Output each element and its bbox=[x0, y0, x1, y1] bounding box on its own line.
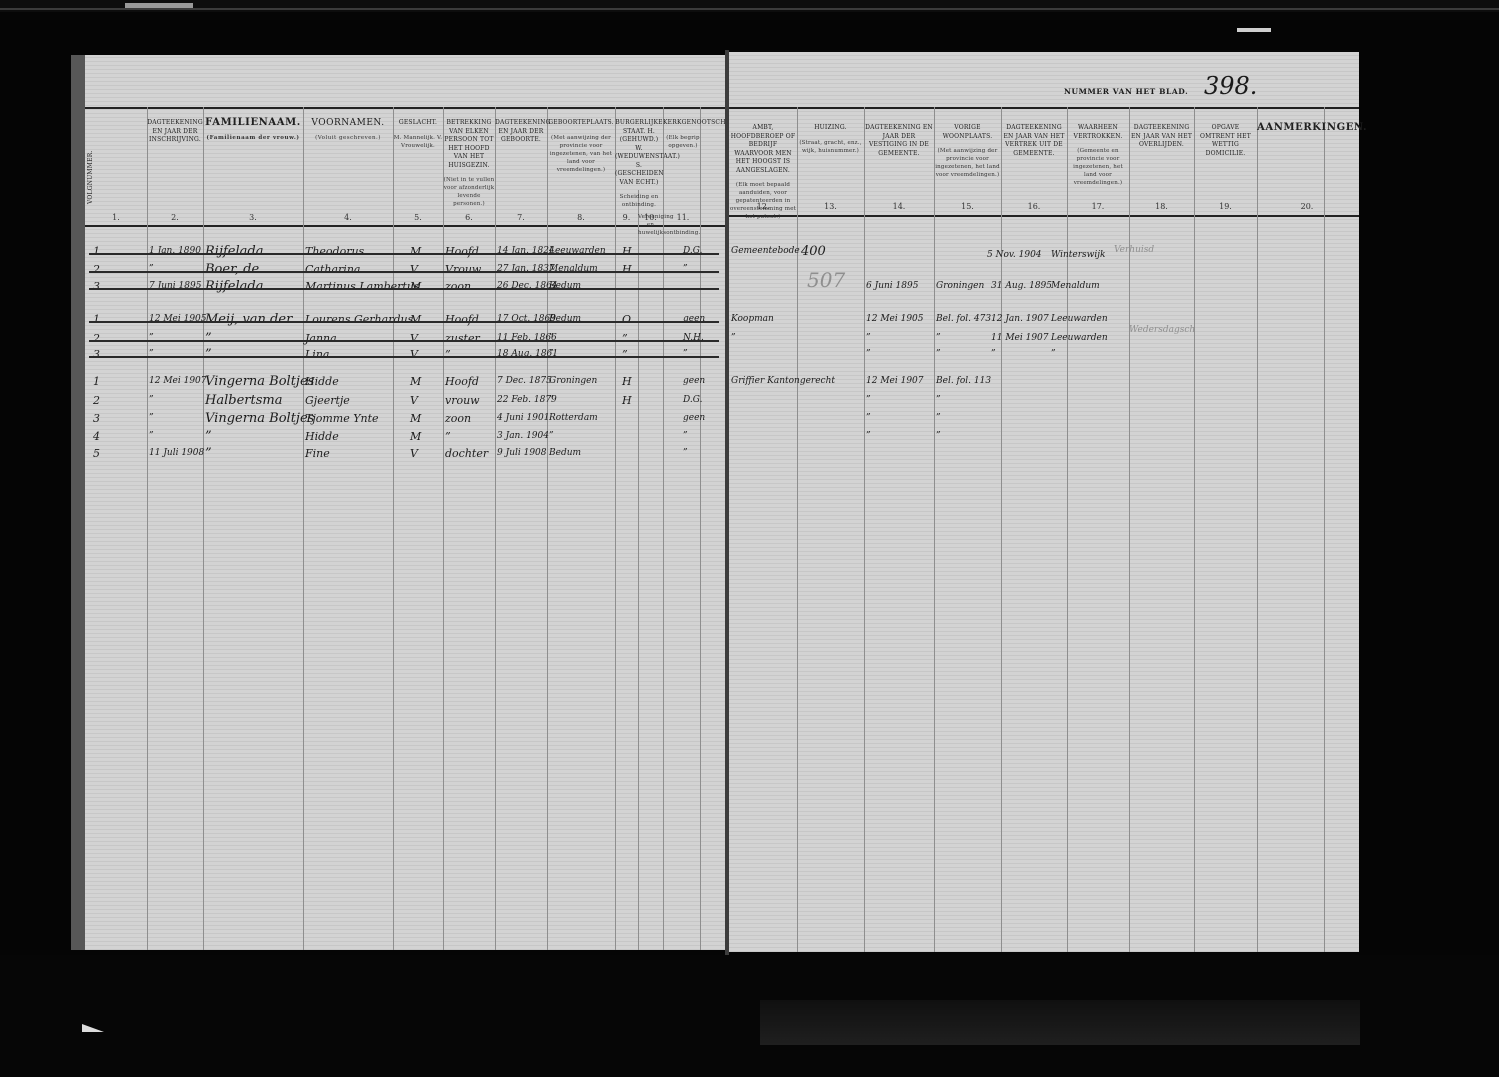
entry-betrekking: Hoofd bbox=[445, 375, 479, 388]
entry-geboren: 3 Jan. 1904 bbox=[497, 430, 549, 443]
column-title: Dagteekening en jaar der geboorte. bbox=[495, 119, 551, 143]
column-title: Geslacht. bbox=[399, 119, 437, 126]
aanmerking-note: Wedersdagsch bbox=[1129, 324, 1195, 337]
entry-nr: 1 bbox=[93, 375, 100, 388]
entry-betrekking: zoon bbox=[445, 412, 471, 425]
entry-vestiging: ” bbox=[866, 348, 871, 361]
column-number: 20. bbox=[1257, 202, 1357, 211]
entry-kerk: ” bbox=[683, 447, 688, 460]
entry-ingeschreven: 12 Mei 1907 bbox=[149, 375, 207, 388]
column-header-16: Dagteekening en jaar van het vertrek uit… bbox=[1001, 124, 1067, 158]
entry-vestiging: 12 Mei 1907 bbox=[866, 375, 924, 388]
entry-kerk: geen bbox=[683, 375, 705, 388]
sheet-number: 398. bbox=[1204, 72, 1257, 100]
entry-vestiging: ” bbox=[866, 430, 871, 443]
column-number: 13. bbox=[797, 202, 864, 211]
entry-geboorteplaats: Bedum bbox=[549, 447, 581, 460]
entry-voornamen: Hidde bbox=[305, 375, 339, 388]
entry-nr: 4 bbox=[93, 430, 100, 443]
entry-beroep: ” bbox=[731, 332, 736, 345]
strike-through-line bbox=[89, 356, 719, 358]
column-divider bbox=[638, 190, 639, 950]
column-header-11: Kerkgenootschap.(Elk begrip opgeven.) bbox=[663, 119, 703, 150]
entry-betrekking: Vrouw bbox=[445, 263, 481, 276]
entry-betrekking: Hoofd bbox=[445, 245, 479, 258]
column-header-15: Vorige woonplaats.(Met aanwijzing der pr… bbox=[934, 124, 1001, 179]
entry-familienaam: Vingerna Boltjes bbox=[205, 412, 314, 425]
column-header-20: Aanmerkingen. bbox=[1257, 124, 1324, 133]
column-number: 5. bbox=[393, 213, 443, 222]
entry-beroep: Griffier Kantongerecht bbox=[731, 375, 835, 388]
entry-geslacht: V bbox=[410, 263, 418, 276]
entry-familienaam: ” bbox=[205, 332, 212, 345]
huizing-new-number: 507 bbox=[807, 274, 845, 287]
entry-voornamen: Lina bbox=[305, 348, 329, 361]
scan-glint-right bbox=[1237, 28, 1271, 32]
entry-betrekking: ” bbox=[445, 430, 451, 443]
entry-ingeschreven: ” bbox=[149, 430, 154, 443]
strike-through-line bbox=[89, 288, 719, 290]
entry-geboorteplaats: Rotterdam bbox=[549, 412, 598, 425]
entry-geboorteplaats: ” bbox=[549, 348, 554, 361]
column-title: Dagteekening en jaar der inschrijving. bbox=[147, 119, 203, 143]
register-book: Volgnummer.1.Dagteekening en jaar der in… bbox=[85, 50, 1365, 960]
entry-nr: 1 bbox=[93, 313, 100, 326]
entry-geslacht: V bbox=[410, 447, 418, 460]
entry-staat: H bbox=[622, 263, 632, 276]
entry-ingeschreven: ” bbox=[149, 348, 154, 361]
entry-voornamen: Hidde bbox=[305, 430, 339, 443]
column-number: 11. bbox=[663, 213, 703, 222]
entry-vorige-woonplaats: ” bbox=[936, 332, 941, 345]
entry-vestiging: ” bbox=[866, 332, 871, 345]
column-title: Volgnummer. bbox=[87, 150, 94, 204]
entry-ingeschreven: ” bbox=[149, 412, 154, 425]
column-divider bbox=[1324, 107, 1325, 952]
column-title: Voornamen. bbox=[311, 118, 384, 128]
entry-geslacht: V bbox=[410, 332, 418, 345]
entry-familienaam: Meij, van der bbox=[205, 313, 292, 326]
entry-voornamen: Janna bbox=[305, 332, 337, 345]
entry-waarheen: Menaldum bbox=[1051, 280, 1100, 293]
entry-geboren: 11 Feb. 1866 bbox=[497, 332, 557, 345]
entry-voornamen: Theodorus bbox=[305, 245, 364, 258]
entry-geslacht: M bbox=[410, 313, 421, 326]
column-number: 19. bbox=[1194, 202, 1257, 211]
column-number: 1. bbox=[85, 213, 147, 222]
column-number: 7. bbox=[495, 213, 547, 222]
column-subtitle: (Elk moet bepaald aanduiden, voor gepate… bbox=[729, 181, 797, 221]
entry-geboorteplaats: Menaldum bbox=[549, 263, 598, 276]
header-top-rule bbox=[729, 107, 1359, 109]
entry-beroep: Gemeentebode bbox=[731, 245, 800, 258]
scan-glint bbox=[125, 3, 193, 8]
column-title: Ambt, hoofdberoep of bedrijf waarvoor me… bbox=[731, 124, 795, 174]
column-divider bbox=[1129, 107, 1130, 952]
column-divider bbox=[147, 107, 148, 950]
column-number: 4. bbox=[303, 213, 393, 222]
entry-ingeschreven: 11 Juli 1908 bbox=[149, 447, 204, 460]
column-number: 10. bbox=[638, 213, 663, 222]
entry-geboorteplaats: Leeuwarden bbox=[549, 245, 606, 258]
entry-geboren: 14 Jan. 1824 bbox=[497, 245, 555, 258]
entry-ingeschreven: ” bbox=[149, 263, 154, 276]
column-subtitle: (Met aanwijzing der provincie voor ingez… bbox=[547, 134, 615, 174]
column-header-3: Familienaam.(Familienaam der vrouw.) bbox=[203, 119, 303, 142]
column-divider bbox=[934, 107, 935, 952]
entry-waarheen: Leeuwarden bbox=[1051, 332, 1108, 345]
aanmerking-note: Verhuisd bbox=[1114, 244, 1154, 257]
strike-through-line bbox=[89, 271, 719, 273]
column-subtitle: (Voluit geschreven.) bbox=[303, 134, 393, 142]
column-number: 15. bbox=[934, 202, 1001, 211]
entry-vertrek: 31 Aug. 1895 bbox=[991, 280, 1052, 293]
column-divider bbox=[797, 107, 798, 952]
strike-through-line bbox=[89, 340, 719, 342]
entry-geslacht: V bbox=[410, 394, 418, 407]
entry-nr: 3 bbox=[93, 280, 100, 293]
entry-betrekking: ” bbox=[445, 348, 451, 361]
column-divider bbox=[547, 107, 548, 950]
scan-edge-line bbox=[0, 8, 1499, 10]
entry-geboren: 17 Oct. 1869 bbox=[497, 313, 556, 326]
column-subtitle: M. Mannelijk. V. Vrouwelijk. bbox=[393, 134, 443, 150]
entry-vestiging: 12 Mei 1905 bbox=[866, 313, 924, 326]
entry-voornamen: Fine bbox=[305, 447, 330, 460]
entry-nr: 3 bbox=[93, 348, 100, 361]
column-title: Vorige woonplaats. bbox=[943, 124, 993, 140]
column-divider bbox=[1257, 107, 1258, 952]
column-divider bbox=[1001, 107, 1002, 952]
column-header-9: Burgerlijke staat. H. (Gehuwd.) W. (Wedu… bbox=[615, 119, 663, 209]
column-title: Opgave omtrent het wettig domicilie. bbox=[1200, 124, 1251, 157]
column-number: 12. bbox=[729, 202, 797, 211]
entry-waarheen: Leeuwarden bbox=[1051, 313, 1108, 326]
entry-vertrek: ” bbox=[991, 348, 996, 361]
column-title: Aanmerkingen. bbox=[1257, 122, 1367, 133]
entry-staat: ” bbox=[622, 348, 628, 361]
column-title: Dagteekening en jaar van het overlijden. bbox=[1131, 124, 1192, 148]
strike-through-line bbox=[89, 253, 719, 255]
entry-geslacht: V bbox=[410, 348, 418, 361]
entry-vertrek: 11 Mei 1907 bbox=[991, 332, 1049, 345]
entry-nr: 2 bbox=[93, 332, 100, 345]
entry-geboren: 27 Jan. 1837 bbox=[497, 263, 555, 276]
column-divider bbox=[1194, 107, 1195, 952]
column-header-1: Volgnummer. bbox=[87, 137, 143, 217]
column-divider bbox=[700, 107, 701, 950]
entry-ingeschreven: 12 Mei 1905 bbox=[149, 313, 207, 326]
column-title: Huizing. bbox=[814, 124, 847, 131]
column-divider bbox=[393, 107, 394, 950]
entry-vertrek: 12 Jan. 1907 bbox=[991, 313, 1049, 326]
entry-vestiging: ” bbox=[866, 412, 871, 425]
header-bottom-rule bbox=[85, 225, 727, 227]
entry-betrekking: zuster bbox=[445, 332, 480, 345]
column-number: 14. bbox=[864, 202, 934, 211]
column-header-2: Dagteekening en jaar der inschrijving. bbox=[147, 119, 203, 145]
column-subtitle: (Niet in te vullen voor afzonderlijk lev… bbox=[443, 176, 495, 208]
entry-geslacht: M bbox=[410, 430, 421, 443]
entry-vorige-woonplaats: Groningen bbox=[936, 280, 984, 293]
column-divider bbox=[303, 107, 304, 950]
column-header-18: Dagteekening en jaar van het overlijden. bbox=[1129, 124, 1194, 150]
entry-vorige-woonplaats: ” bbox=[936, 348, 941, 361]
household-vertrek: 5 Nov. 1904 bbox=[987, 249, 1042, 262]
entry-geboorteplaats: Bedum bbox=[549, 280, 581, 293]
column-title: Waarheen vertrokken. bbox=[1074, 124, 1123, 140]
entry-kerk: D.G. bbox=[683, 245, 703, 258]
left-page-edge bbox=[71, 55, 85, 950]
column-subtitle: (Elk begrip opgeven.) bbox=[663, 134, 703, 150]
column-header-5: Geslacht.M. Mannelijk. V. Vrouwelijk. bbox=[393, 119, 443, 150]
column-header-6: Betrekking van elken persoon tot het hoo… bbox=[443, 119, 495, 208]
entry-kerk: geen bbox=[683, 313, 705, 326]
entry-betrekking: Hoofd bbox=[445, 313, 479, 326]
entry-beroep: Koopman bbox=[731, 313, 774, 326]
column-divider bbox=[1067, 107, 1068, 952]
entry-betrekking: zoon bbox=[445, 280, 471, 293]
entry-nr: 2 bbox=[93, 263, 100, 276]
entry-betrekking: dochter bbox=[445, 447, 488, 460]
entry-nr: 1 bbox=[93, 245, 100, 258]
entry-nr: 5 bbox=[93, 447, 100, 460]
entry-kerk: D.G. bbox=[683, 394, 703, 407]
entry-familienaam: Boer, de bbox=[205, 263, 259, 276]
left-page: Volgnummer.1.Dagteekening en jaar der in… bbox=[85, 55, 727, 950]
entry-geboorteplaats: ” bbox=[549, 430, 554, 443]
column-divider bbox=[203, 107, 204, 950]
entry-vorige-woonplaats: ” bbox=[936, 412, 941, 425]
entry-geboren: 7 Dec. 1875 bbox=[497, 375, 552, 388]
entry-geboorteplaats: Groningen bbox=[549, 375, 597, 388]
column-header-7: Dagteekening en jaar der geboorte. bbox=[495, 119, 547, 145]
column-header-4: Voornamen.(Voluit geschreven.) bbox=[303, 119, 393, 142]
column-title: Dagteekening en jaar van het vertrek uit… bbox=[1003, 124, 1064, 157]
entry-waarheen: ” bbox=[1051, 348, 1056, 361]
column-number: 8. bbox=[547, 213, 615, 222]
entry-geboorteplaats: Bedum bbox=[549, 313, 581, 326]
entry-vorige-woonplaats: Bel. fol. 113 bbox=[936, 375, 991, 388]
column-divider bbox=[495, 107, 496, 950]
column-header-8: Geboorteplaats.(Met aanwijzing der provi… bbox=[547, 119, 615, 174]
entry-ingeschreven: ” bbox=[149, 394, 154, 407]
entry-staat: O bbox=[622, 313, 631, 326]
entry-staat: H bbox=[622, 245, 632, 258]
column-subtitle: (Gemeente en provincie voor ingezetenen,… bbox=[1067, 147, 1129, 187]
entry-vestiging: 6 Juni 1895 bbox=[866, 280, 918, 293]
entry-kerk: ” bbox=[683, 430, 688, 443]
entry-familienaam: ” bbox=[205, 447, 212, 460]
header-top-rule bbox=[85, 107, 727, 109]
column-subtitle: (Familienaam der vrouw.) bbox=[203, 134, 303, 142]
entry-geslacht: M bbox=[410, 280, 421, 293]
column-subtitle: (Straat, gracht, enz., wijk, huisnummer.… bbox=[797, 139, 864, 155]
entry-kerk: geen bbox=[683, 412, 705, 425]
column-number: 17. bbox=[1067, 202, 1129, 211]
entry-vorige-woonplaats: Bel. fol. 473 bbox=[936, 313, 991, 326]
column-header-10: Vereeniging en huwelijksontbinding. bbox=[638, 207, 663, 237]
entry-betrekking: vrouw bbox=[445, 394, 480, 407]
entry-familienaam: ” bbox=[205, 430, 212, 443]
entry-familienaam: ” bbox=[205, 348, 212, 361]
entry-familienaam: Halbertsma bbox=[205, 394, 282, 407]
entry-geboorteplaats: ” bbox=[549, 394, 554, 407]
entry-vestiging: ” bbox=[866, 394, 871, 407]
column-number: 2. bbox=[147, 213, 203, 222]
entry-ingeschreven: 1 Jan. 1890 bbox=[149, 245, 201, 258]
entry-geslacht: M bbox=[410, 375, 421, 388]
entry-kerk: ” bbox=[683, 263, 688, 276]
column-title: Betrekking van elken persoon tot het hoo… bbox=[444, 119, 493, 169]
household-waarheen: Winterswijk bbox=[1051, 249, 1105, 262]
entry-vorige-woonplaats: ” bbox=[936, 394, 941, 407]
scan-border-top bbox=[0, 0, 1499, 12]
column-title: Familienaam. bbox=[205, 117, 301, 128]
column-number: 3. bbox=[203, 213, 303, 222]
entry-voornamen: Gjeertje bbox=[305, 394, 350, 407]
entry-vorige-woonplaats: ” bbox=[936, 430, 941, 443]
entry-huizing: 400 bbox=[801, 245, 826, 258]
header-bottom-rule bbox=[729, 215, 1359, 217]
entry-familienaam: Rijfelada bbox=[205, 245, 263, 258]
entry-geboren: 22 Feb. 1879 bbox=[497, 394, 557, 407]
entry-geboren: 9 Juli 1908 bbox=[497, 447, 547, 460]
entry-familienaam: Vingerna Boltjes bbox=[205, 375, 314, 388]
entry-geslacht: M bbox=[410, 245, 421, 258]
column-number: 9. bbox=[615, 213, 638, 222]
column-header-19: Opgave omtrent het wettig domicilie. bbox=[1194, 124, 1257, 158]
entry-voornamen: Catharina bbox=[305, 263, 360, 276]
column-subtitle: (Met aanwijzing der provincie voor ingez… bbox=[934, 147, 1001, 179]
strike-through-line bbox=[89, 321, 719, 323]
entry-geslacht: M bbox=[410, 412, 421, 425]
entry-kerk: ” bbox=[683, 348, 688, 361]
column-header-17: Waarheen vertrokken.(Gemeente en provinc… bbox=[1067, 124, 1129, 187]
column-divider bbox=[864, 107, 865, 952]
right-page: NUMMER VAN HET BLAD. 398. Ambt, hoofdber… bbox=[729, 52, 1359, 952]
entry-ingeschreven: 7 Juni 1895 bbox=[149, 280, 201, 293]
entry-voornamen: Lourens Gerhardus bbox=[305, 313, 413, 326]
entry-geboorteplaats: ” bbox=[549, 332, 554, 345]
column-header-13: Huizing.(Straat, gracht, enz., wijk, hui… bbox=[797, 124, 864, 155]
entry-staat: ” bbox=[622, 332, 628, 345]
entry-nr: 2 bbox=[93, 394, 100, 407]
column-divider bbox=[615, 107, 616, 950]
entry-geboren: 4 Juni 1901 bbox=[497, 412, 549, 425]
entry-familienaam: Rijfelada bbox=[205, 280, 263, 293]
book-cover-edge bbox=[760, 1000, 1360, 1045]
entry-voornamen: Tjomme Ynte bbox=[305, 412, 379, 425]
entry-ingeschreven: ” bbox=[149, 332, 154, 345]
column-number: 16. bbox=[1001, 202, 1067, 211]
sheet-number-label: NUMMER VAN HET BLAD. bbox=[1064, 87, 1188, 96]
column-divider bbox=[443, 107, 444, 950]
entry-staat: H bbox=[622, 375, 632, 388]
entry-voornamen: Martinus Lambertus bbox=[305, 280, 420, 293]
entry-nr: 3 bbox=[93, 412, 100, 425]
column-header-14: Dagteekening en jaar der vestiging in de… bbox=[864, 124, 934, 158]
column-title: Dagteekening en jaar der vestiging in de… bbox=[865, 124, 933, 157]
column-number: 6. bbox=[443, 213, 495, 222]
entry-staat: H bbox=[622, 394, 632, 407]
column-title: Geboorteplaats. bbox=[548, 119, 614, 126]
entry-kerk: N.H. bbox=[683, 332, 704, 345]
column-number: 18. bbox=[1129, 202, 1194, 211]
